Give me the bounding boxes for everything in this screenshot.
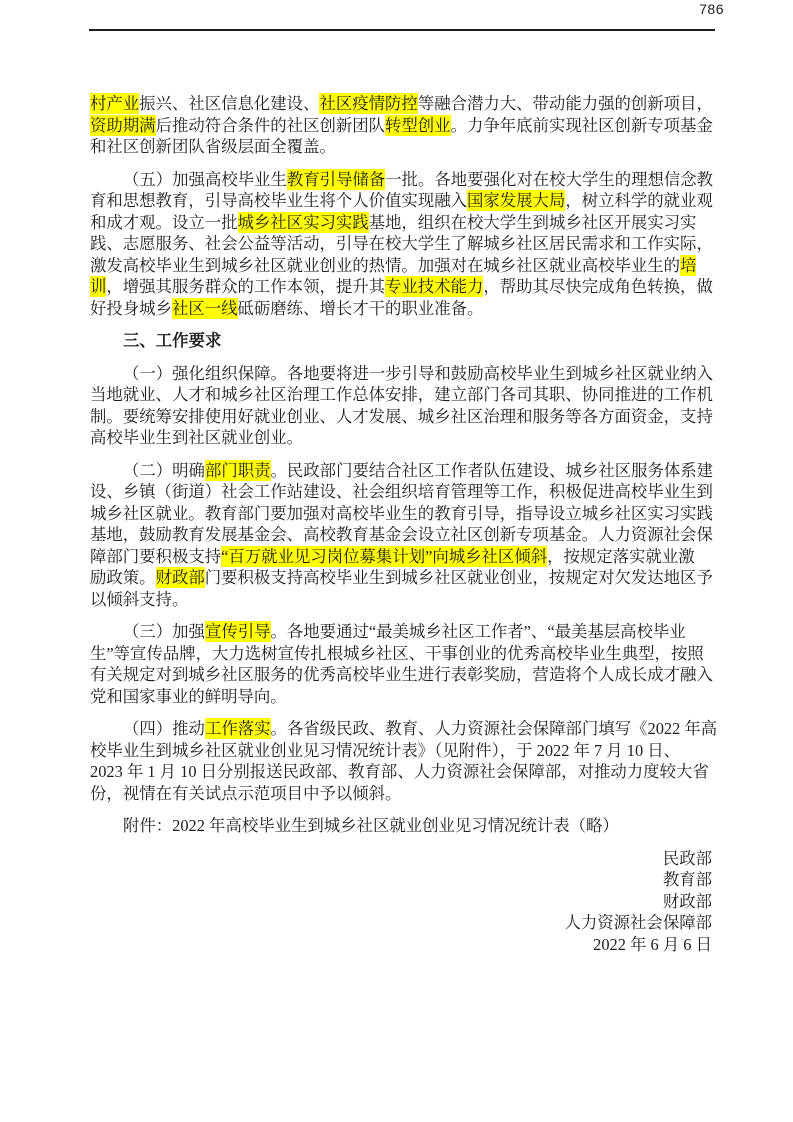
para-item-2: （二）明确部门职责。民政部门要结合社区工作者队伍建设、城乡社区服务体系建设、乡镇…	[90, 460, 715, 611]
text-line: 高校毕业生到社区就业创业。	[90, 427, 715, 449]
text-segment: 。民政部门要结合社区工作者队伍建设、城乡社区服务体系建	[271, 461, 714, 480]
para-continuation: 村产业振兴、社区信息化建设、社区疫情防控等融合潜力大、带动能力强的创新项目，资助…	[90, 93, 715, 158]
text-segment: （五）加强高校毕业生	[123, 170, 287, 189]
text-segment: 城乡社区就业。教育部门要加强对高校毕业生的教育引导，指导设立城乡社区实习实践	[90, 504, 713, 523]
highlighted-text: 国家发展大局	[467, 190, 565, 211]
highlighted-text: 专业技术能力	[385, 276, 483, 297]
text-line: （二）明确部门职责。民政部门要结合社区工作者队伍建设、城乡社区服务体系建	[90, 460, 715, 482]
text-line: 激发高校毕业生到城乡社区就业创业的热情。加强对在城乡社区就业高校毕业生的培	[90, 255, 715, 277]
text-segment: 践、志愿服务、社会公益等活动，引导在校大学生了解城乡社区居民需求和工作实际，	[90, 234, 713, 253]
text-segment: 生”等宣传品牌，大力选树宣传扎根城乡社区、干事创业的优秀高校毕业生典型，按照	[90, 644, 704, 663]
text-segment: （二）明确	[123, 461, 205, 480]
document-page: 786 村产业振兴、社区信息化建设、社区疫情防控等融合潜力大、带动能力强的创新项…	[0, 0, 793, 1122]
text-line: 校毕业生到城乡社区就业创业见习情况统计表》（见附件），于 2022 年 7 月 …	[90, 740, 715, 762]
attachment-note: 附件：2022 年高校毕业生到城乡社区就业创业见习情况统计表（略）	[90, 815, 715, 837]
highlighted-text: 社区疫情防控	[319, 93, 417, 114]
text-line: 份，视情在有关试点示范项目中予以倾斜。	[90, 783, 715, 805]
text-segment: 2023 年 1 月 10 日分别报送民政部、教育部、人力资源社会保障部，对推动…	[90, 762, 709, 781]
text-line: 和成才观。设立一批城乡社区实习实践基地，组织在校大学生到城乡社区开展实习实	[90, 212, 715, 234]
text-segment: 2022 年 6 月 6 日	[593, 935, 712, 954]
signature-block: 民政部教育部财政部人力资源社会保障部2022 年 6 月 6 日	[90, 848, 715, 956]
text-segment: 一批。各地要强化对在校大学生的理想信念教	[385, 170, 713, 189]
highlighted-text: 工作落实	[205, 718, 271, 739]
text-segment: 三、工作要求	[123, 331, 221, 350]
text-segment: 砥砺磨练、增长才干的职业准备。	[238, 299, 484, 318]
text-segment: 以倾斜支持。	[90, 590, 188, 609]
text-segment: 有关规定对到城乡社区服务的优秀高校毕业生进行表彰奖励，营造将个人成长成才融入	[90, 665, 713, 684]
text-line: 设、乡镇（街道）社会工作站建设、社会组织培育管理等工作，积极促进高校毕业生到	[90, 481, 715, 503]
text-line: 教育部	[90, 869, 712, 891]
text-segment: 设、乡镇（街道）社会工作站建设、社会组织培育管理等工作，积极促进高校毕业生到	[90, 482, 713, 501]
text-segment: ，按规定落实就业激	[547, 547, 695, 566]
text-line: 资助期满后推动符合条件的社区创新团队转型创业。力争年底前实现社区创新专项基金	[90, 115, 715, 137]
text-line: 励政策。财政部门要积极支持高校毕业生到城乡社区就业创业，按规定对欠发达地区予	[90, 567, 715, 589]
text-segment: 育和思想教育，引导高校毕业生将个人价值实现融入	[90, 191, 467, 210]
text-segment: 份，视情在有关试点示范项目中予以倾斜。	[90, 784, 401, 803]
text-line: 2023 年 1 月 10 日分别报送民政部、教育部、人力资源社会保障部，对推动…	[90, 761, 715, 783]
page-number: 786	[699, 1, 724, 17]
text-line: 有关规定对到城乡社区服务的优秀高校毕业生进行表彰奖励，营造将个人成长成才融入	[90, 664, 715, 686]
text-line: 育和思想教育，引导高校毕业生将个人价值实现融入国家发展大局，树立科学的就业观	[90, 190, 715, 212]
text-segment: 激发高校毕业生到城乡社区就业创业的热情。加强对在城乡社区就业高校毕业生的	[90, 256, 680, 275]
text-segment: 。各省级民政、教育、人力资源社会保障部门填写《2022 年高	[271, 719, 718, 738]
text-segment: ，帮助其尽快完成角色转换，做	[483, 277, 712, 296]
highlighted-text: 教育引导储备	[287, 169, 385, 190]
text-segment: 后推动符合条件的社区创新团队	[156, 116, 385, 135]
text-segment: 财政部	[663, 892, 712, 911]
highlighted-text: “百万就业见习岗位募集计划”向城乡社区倾斜	[221, 546, 547, 567]
text-segment: 。力争年底前实现社区创新专项基金	[451, 116, 713, 135]
text-segment: 校毕业生到城乡社区就业创业见习情况统计表》（见附件），于 2022 年 7 月 …	[90, 741, 680, 760]
text-segment: 基地，组织在校大学生到城乡社区开展实习实	[369, 213, 697, 232]
text-segment: ，增强其服务群众的工作本领，提升其	[106, 277, 385, 296]
text-line: 人力资源社会保障部	[90, 912, 712, 934]
para-item-4: （四）推动工作落实。各省级民政、教育、人力资源社会保障部门填写《2022 年高校…	[90, 718, 715, 804]
text-line: （三）加强宣传引导。各地要通过“最美城乡社区工作者”、“最美基层高校毕业	[90, 621, 715, 643]
text-line: 党和国家事业的鲜明导向。	[90, 686, 715, 708]
highlighted-text: 宣传引导	[205, 621, 271, 642]
text-line: 民政部	[90, 848, 712, 870]
text-segment: 民政部	[663, 849, 712, 868]
text-line: 和社区创新团队省级层面全覆盖。	[90, 136, 715, 158]
text-segment: 高校毕业生到社区就业创业。	[90, 428, 303, 447]
text-segment: 振兴、社区信息化建设、	[139, 94, 319, 113]
highlighted-text: 村产业	[90, 93, 139, 114]
text-segment: （一）强化组织保障。各地要将进一步引导和鼓励高校毕业生到城乡社区就业纳入	[123, 364, 713, 383]
heading-section-3: 三、工作要求	[90, 330, 715, 352]
highlighted-text: 部门职责	[205, 460, 271, 481]
text-line: 附件：2022 年高校毕业生到城乡社区就业创业见习情况统计表（略）	[90, 815, 715, 837]
para-item-3: （三）加强宣传引导。各地要通过“最美城乡社区工作者”、“最美基层高校毕业生”等宣…	[90, 621, 715, 707]
text-line: 制。要统筹安排使用好就业创业、人才发展、城乡社区治理和服务等各方面资金，支持	[90, 406, 715, 428]
text-segment: 当地就业、人才和城乡社区治理工作总体安排，建立部门各司其职、协同推进的工作机	[90, 385, 713, 404]
text-line: 基地，鼓励教育发展基金会、高校教育基金会设立社区创新专项基金。人力资源社会保	[90, 524, 715, 546]
text-line: 财政部	[90, 891, 712, 913]
text-segment: 人力资源社会保障部	[564, 913, 712, 932]
text-segment: 制。要统筹安排使用好就业创业、人才发展、城乡社区治理和服务等各方面资金，支持	[90, 407, 713, 426]
text-segment: 基地，鼓励教育发展基金会、高校教育基金会设立社区创新专项基金。人力资源社会保	[90, 525, 713, 544]
text-segment: 门要积极支持高校毕业生到城乡社区就业创业，按规定对欠发达地区予	[205, 568, 713, 587]
text-line: 村产业振兴、社区信息化建设、社区疫情防控等融合潜力大、带动能力强的创新项目，	[90, 93, 715, 115]
text-segment: 。各地要通过“最美城乡社区工作者”、“最美基层高校毕业	[271, 622, 686, 641]
text-segment: ，树立科学的就业观	[565, 191, 713, 210]
text-line: 城乡社区就业。教育部门要加强对高校毕业生的教育引导，指导设立城乡社区实习实践	[90, 503, 715, 525]
highlighted-text: 资助期满	[90, 115, 156, 136]
text-segment: 党和国家事业的鲜明导向。	[90, 687, 287, 706]
highlighted-text: 城乡社区实习实践	[238, 212, 369, 233]
para-item-5: （五）加强高校毕业生教育引导储备一批。各地要强化对在校大学生的理想信念教育和思想…	[90, 169, 715, 320]
header-rule	[89, 29, 715, 31]
text-line: （四）推动工作落实。各省级民政、教育、人力资源社会保障部门填写《2022 年高	[90, 718, 715, 740]
text-segment: （三）加强	[123, 622, 205, 641]
text-segment: 教育部	[663, 870, 712, 889]
text-segment: 好投身城乡	[90, 299, 172, 318]
document-content: 村产业振兴、社区信息化建设、社区疫情防控等融合潜力大、带动能力强的创新项目，资助…	[90, 93, 715, 955]
text-segment: 励政策。	[90, 568, 156, 587]
text-line: 以倾斜支持。	[90, 589, 715, 611]
text-line: （一）强化组织保障。各地要将进一步引导和鼓励高校毕业生到城乡社区就业纳入	[90, 363, 715, 385]
text-line: （五）加强高校毕业生教育引导储备一批。各地要强化对在校大学生的理想信念教	[90, 169, 715, 191]
highlighted-text: 社区一线	[172, 298, 238, 319]
text-segment: 和成才观。设立一批	[90, 213, 238, 232]
highlighted-text: 转型创业	[385, 115, 451, 136]
text-line: 践、志愿服务、社会公益等活动，引导在校大学生了解城乡社区居民需求和工作实际，	[90, 233, 715, 255]
text-segment: 等融合潜力大、带动能力强的创新项目，	[418, 94, 713, 113]
text-line: 训，增强其服务群众的工作本领，提升其专业技术能力，帮助其尽快完成角色转换，做	[90, 276, 715, 298]
text-line: 2022 年 6 月 6 日	[90, 934, 712, 956]
highlighted-text: 财政部	[156, 567, 205, 588]
highlighted-text: 培	[680, 255, 696, 276]
text-line: 生”等宣传品牌，大力选树宣传扎根城乡社区、干事创业的优秀高校毕业生典型，按照	[90, 643, 715, 665]
text-segment: 附件：2022 年高校毕业生到城乡社区就业创业见习情况统计表（略）	[123, 816, 619, 835]
text-line: 当地就业、人才和城乡社区治理工作总体安排，建立部门各司其职、协同推进的工作机	[90, 384, 715, 406]
text-line: 三、工作要求	[90, 330, 715, 352]
text-segment: 和社区创新团队省级层面全覆盖。	[90, 137, 336, 156]
text-line: 障部门要积极支持“百万就业见习岗位募集计划”向城乡社区倾斜，按规定落实就业激	[90, 546, 715, 568]
text-segment: （四）推动	[123, 719, 205, 738]
text-line: 好投身城乡社区一线砥砺磨练、增长才干的职业准备。	[90, 298, 715, 320]
para-item-1: （一）强化组织保障。各地要将进一步引导和鼓励高校毕业生到城乡社区就业纳入当地就业…	[90, 363, 715, 449]
text-segment: 障部门要积极支持	[90, 547, 221, 566]
highlighted-text: 训	[90, 276, 106, 297]
